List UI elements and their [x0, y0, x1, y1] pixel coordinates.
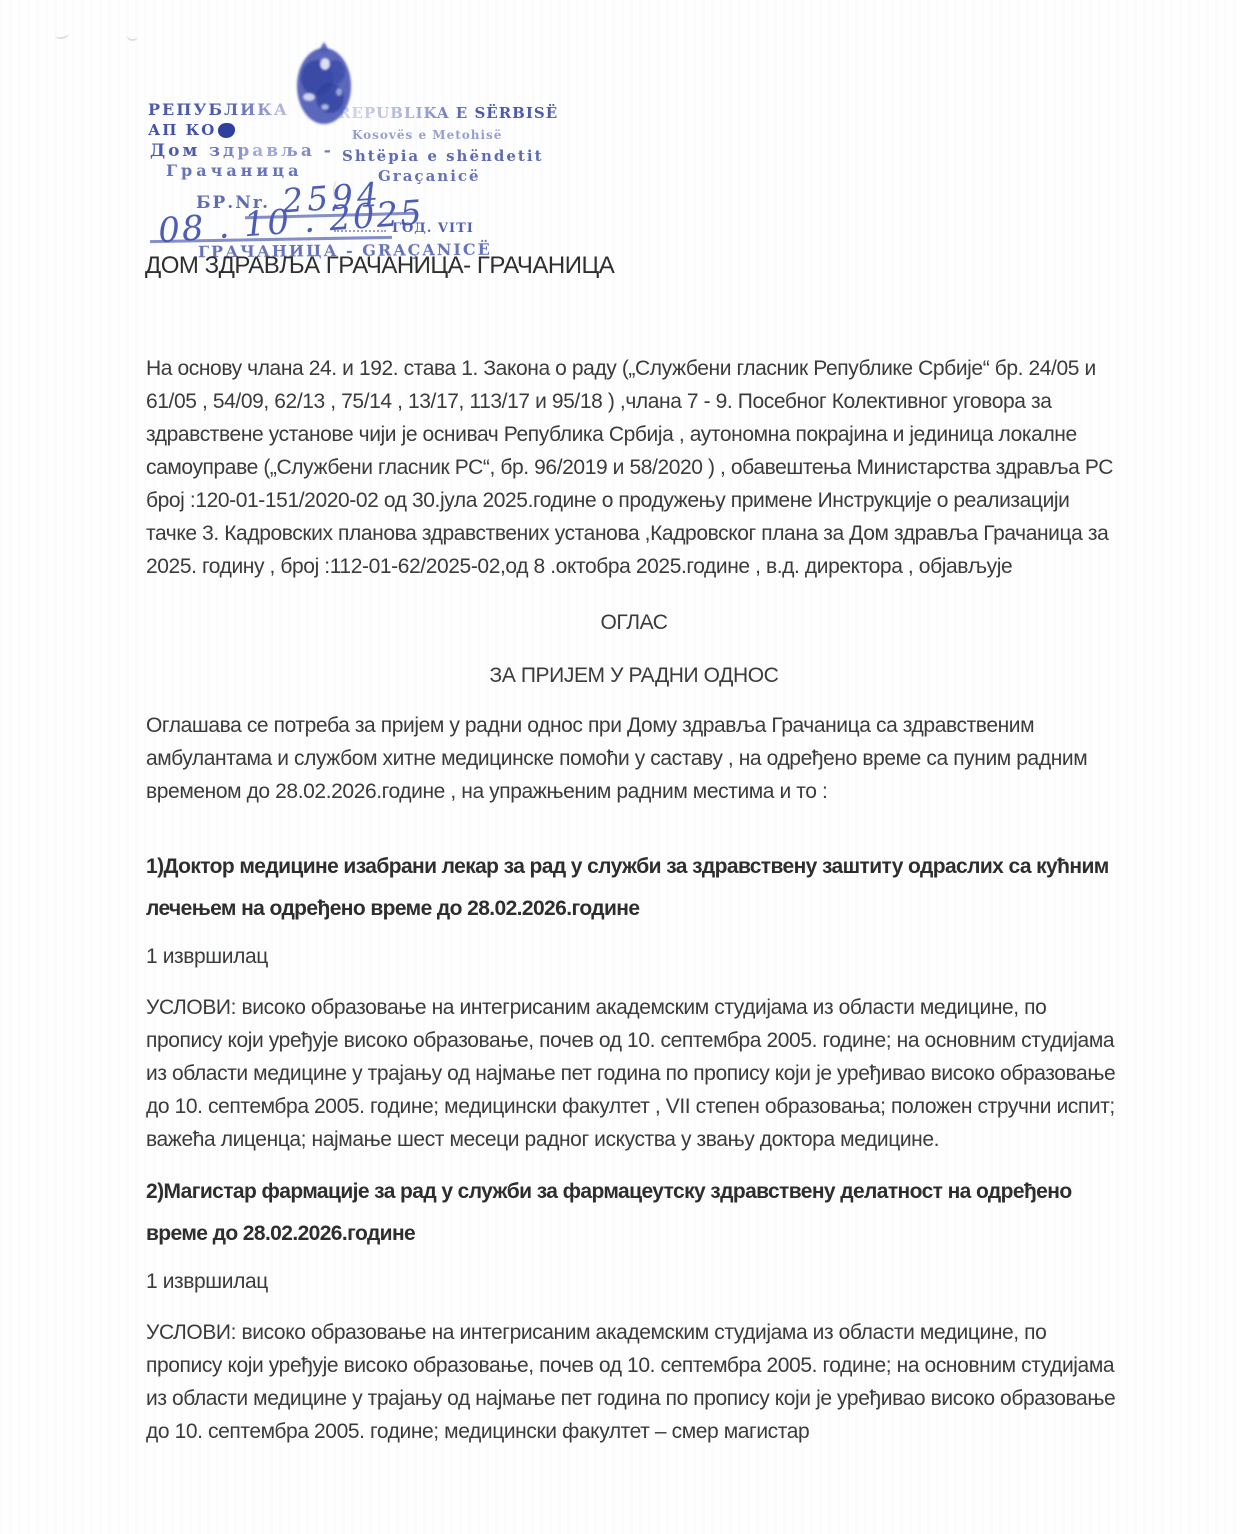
- ink-blot: [218, 123, 235, 138]
- scanned-document-page: РЕПУБЛИКА АП КО Дом здравља - Грачаница …: [0, 0, 1240, 1534]
- position-2-conditions: УСЛОВИ: високо образовање на интегрисани…: [146, 1316, 1122, 1448]
- stamp-republic-sr: РЕПУБЛИКА: [148, 100, 289, 119]
- position-2-count: 1 извршилац: [146, 1265, 1122, 1298]
- position-1-heading: 1)Доктор медицине изабрани лекар за рад …: [146, 846, 1122, 930]
- organization-title: ДОМ ЗДРАВЉА ГРАЧАНИЦА- ГРАЧАНИЦА: [145, 252, 614, 280]
- document-body: На основу члана 24. и 192. става 1. Зако…: [146, 352, 1122, 1448]
- stamp-year-label: ГОД. VITI: [392, 221, 474, 236]
- stamp-province-al: Kosovës e Metohisë: [352, 128, 502, 142]
- position-1-count: 1 извршилац: [146, 940, 1122, 973]
- stamp-republic-al: REPUBLIKA E SËRBISË: [338, 104, 558, 122]
- announcement-paragraph: Оглашава се потреба за пријем у радни од…: [146, 709, 1122, 808]
- stamp-org-sr: Дом здравља -: [150, 141, 334, 161]
- stamp-city-sr: Грачаница: [166, 161, 302, 180]
- position-2-heading: 2)Магистар фармације за рад у служби за …: [146, 1171, 1122, 1255]
- document-title: ОГЛАС: [146, 606, 1122, 639]
- stamp-dotted-line: [334, 230, 386, 232]
- legal-basis-paragraph: На основу члана 24. и 192. става 1. Зако…: [146, 352, 1122, 583]
- position-1-conditions: УСЛОВИ: високо образовање на интегрисани…: [146, 991, 1122, 1156]
- document-subtitle: ЗА ПРИЈЕМ У РАДНИ ОДНОС: [146, 659, 1122, 692]
- stamp-province-sr: АП КО: [148, 121, 235, 139]
- stamp-city-al: Graçanicë: [378, 167, 481, 185]
- stamp-org-al: Shtëpia e shëndetit: [342, 147, 544, 165]
